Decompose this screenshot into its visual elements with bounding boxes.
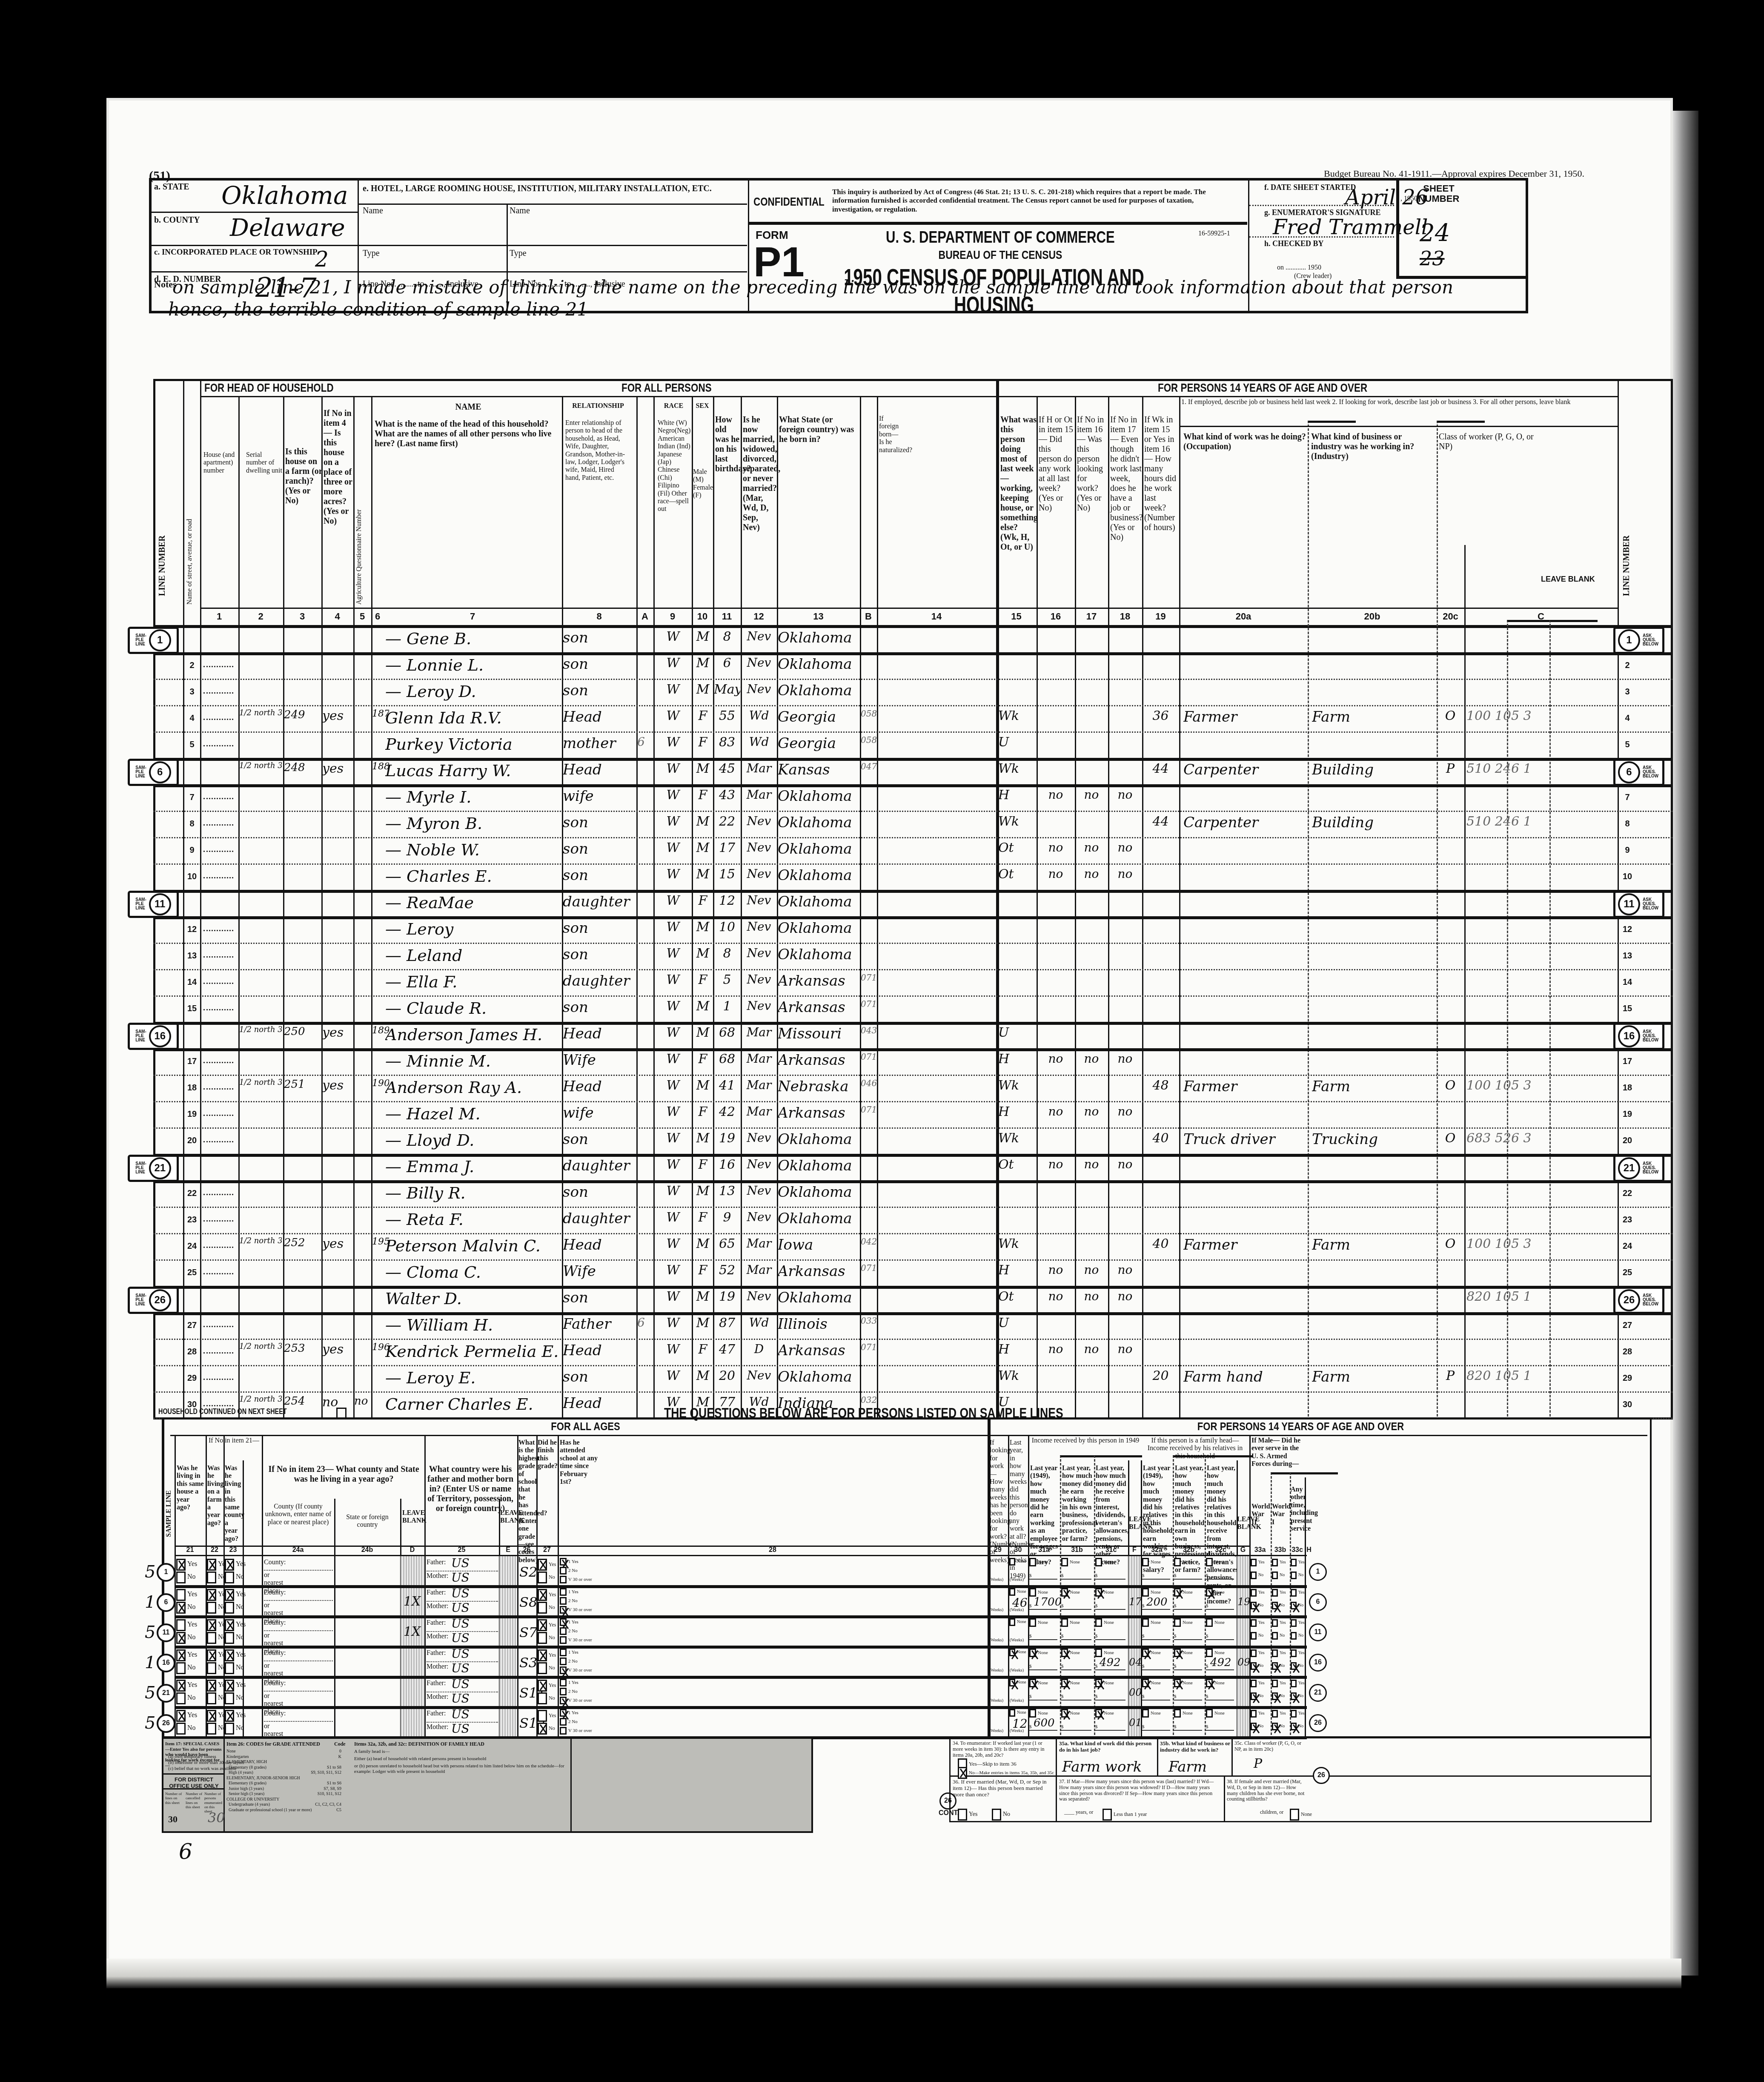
relatives-business-none[interactable]: None [1174,1618,1193,1627]
cell-c4: yes [322,1025,353,1040]
q23-yes[interactable]: Yes [225,1710,246,1722]
ww1-yes-checkbox[interactable] [1272,1619,1278,1627]
q23-yes-checkbox[interactable] [225,1589,234,1601]
school-attended-checkbox[interactable] [560,1697,567,1704]
q22-no[interactable]: No [207,1692,226,1704]
wages-income-none-checkbox[interactable] [1029,1679,1036,1687]
relatives-business-none-checkbox[interactable] [1174,1558,1181,1566]
relatives-business-none-checkbox[interactable] [1174,1679,1181,1687]
relatives-business-none-checkbox[interactable] [1174,1709,1181,1718]
q23-yes[interactable]: Yes [225,1589,246,1601]
relatives-other-none-checkbox[interactable] [1206,1588,1213,1597]
finished-yes[interactable]: Yes [538,1559,556,1571]
q23-no[interactable]: No [225,1662,244,1674]
other-income-none-checkbox[interactable] [1095,1679,1102,1687]
q21-no-checkbox[interactable] [176,1723,186,1735]
q21-yes[interactable]: Yes [176,1680,197,1692]
q21-no[interactable]: No [176,1723,196,1735]
q22-no[interactable]: No [207,1572,226,1583]
relatives-wages-none[interactable]: None [1142,1588,1161,1597]
other-income-none-checkbox[interactable] [1095,1588,1102,1597]
finished-yes-checkbox[interactable] [538,1680,547,1692]
weeks-worked-none-checkbox[interactable] [1009,1679,1015,1686]
q21-no[interactable]: No [176,1602,196,1614]
q21-yes[interactable]: Yes [176,1649,197,1661]
ww2-yes[interactable]: Yes [1251,1680,1265,1687]
ww2-no[interactable]: No [1251,1692,1263,1700]
school-attended-option[interactable]: 1 Yes [560,1588,578,1596]
ww2-yes[interactable]: Yes [1251,1589,1265,1597]
relatives-other-none[interactable]: None [1206,1679,1225,1687]
weeks-worked-none[interactable]: None [1009,1649,1026,1656]
q22-no-checkbox[interactable] [207,1572,216,1583]
ww2-no[interactable]: No [1251,1662,1263,1670]
wages-income-none[interactable]: None [1029,1588,1048,1597]
school-attended-checkbox[interactable] [560,1709,567,1717]
q22-no[interactable]: No [207,1662,226,1674]
ww1-no-checkbox[interactable] [1272,1602,1278,1609]
wages-income-none[interactable]: None [1029,1649,1048,1657]
wages-income-none[interactable]: None [1029,1618,1048,1627]
q23-yes-checkbox[interactable] [225,1559,234,1571]
ww1-no-checkbox[interactable] [1272,1692,1278,1700]
other-no-checkbox[interactable] [1291,1723,1297,1730]
ww2-yes[interactable]: Yes [1251,1710,1265,1718]
q23-yes-checkbox[interactable] [225,1710,234,1722]
ww2-no-checkbox[interactable] [1251,1723,1257,1730]
q34-no-checkbox[interactable] [958,1767,967,1779]
relatives-business-none[interactable]: None [1174,1558,1193,1566]
q21-yes[interactable]: Yes [176,1619,197,1631]
ww2-yes[interactable]: Yes [1251,1649,1265,1657]
q36-no-checkbox[interactable] [992,1809,1001,1821]
q22-yes-checkbox[interactable] [207,1619,216,1631]
school-attended-checkbox[interactable] [560,1636,567,1644]
school-attended-checkbox[interactable] [560,1588,567,1596]
relatives-wages-none-checkbox[interactable] [1142,1709,1149,1718]
ww2-yes-checkbox[interactable] [1251,1559,1257,1566]
other-yes-checkbox[interactable] [1291,1559,1297,1566]
other-yes-checkbox[interactable] [1291,1710,1297,1718]
other-yes[interactable]: Yes [1291,1619,1305,1627]
ww2-no[interactable]: No [1251,1723,1263,1730]
q36-yes-checkbox[interactable] [958,1809,967,1821]
q21-yes[interactable]: Yes [176,1589,197,1601]
school-attended-option[interactable]: 2 No [560,1688,578,1695]
q21-no[interactable]: No [176,1632,196,1644]
weeks-worked-none[interactable]: None [1009,1588,1026,1596]
other-no-checkbox[interactable] [1291,1692,1297,1700]
school-attended-option[interactable]: 1 Yes [560,1649,578,1656]
finished-no[interactable]: No [538,1632,555,1644]
finished-yes-checkbox[interactable] [538,1710,547,1722]
finished-yes[interactable]: Yes [538,1710,556,1722]
q22-yes-checkbox[interactable] [207,1559,216,1571]
business-income-none[interactable]: None [1061,1709,1080,1718]
school-attended-checkbox[interactable] [560,1567,567,1574]
other-yes-checkbox[interactable] [1291,1619,1297,1627]
ww1-no[interactable]: No [1272,1632,1285,1640]
relatives-business-none[interactable]: None [1174,1649,1193,1657]
business-income-none[interactable]: None [1061,1679,1080,1687]
ww1-yes-checkbox[interactable] [1272,1589,1278,1597]
business-income-none[interactable]: None [1061,1649,1080,1657]
school-attended-option[interactable]: 1 Yes [560,1709,578,1717]
relatives-other-none-checkbox[interactable] [1206,1558,1213,1566]
q21-no-checkbox[interactable] [176,1662,186,1674]
finished-no[interactable]: No [538,1662,555,1674]
q22-no[interactable]: No [207,1602,226,1614]
relatives-wages-none-checkbox[interactable] [1142,1618,1149,1627]
other-yes[interactable]: Yes [1291,1559,1305,1566]
business-income-none[interactable]: None [1061,1558,1080,1566]
q22-yes-checkbox[interactable] [207,1710,216,1722]
business-income-none-checkbox[interactable] [1061,1649,1068,1657]
other-yes[interactable]: Yes [1291,1649,1305,1657]
relatives-other-none[interactable]: None [1206,1558,1225,1566]
q21-no[interactable]: No [176,1692,196,1704]
school-attended-option[interactable]: V 30 or over [560,1576,592,1583]
school-attended-option[interactable]: V 30 or over [560,1606,592,1614]
q21-no-checkbox[interactable] [176,1692,186,1704]
school-attended-checkbox[interactable] [560,1649,567,1656]
business-income-none-checkbox[interactable] [1061,1618,1068,1627]
finished-no[interactable]: No [538,1602,555,1614]
wages-income-none[interactable]: None [1029,1709,1048,1718]
ww1-no[interactable]: No [1272,1572,1285,1579]
other-yes-checkbox[interactable] [1291,1649,1297,1657]
ww2-no-checkbox[interactable] [1251,1662,1257,1670]
cell-sex: F [693,1157,713,1172]
relatives-wages-none[interactable]: None [1142,1558,1161,1566]
q21-yes-checkbox[interactable] [176,1649,186,1661]
q21-yes-checkbox[interactable] [176,1680,186,1692]
other-no-checkbox[interactable] [1291,1572,1297,1579]
school-attended-option[interactable]: 1 Yes [560,1618,578,1626]
q23-yes[interactable]: Yes [225,1619,246,1631]
q21-no[interactable]: No [176,1662,196,1674]
q36-no-option[interactable]: No [992,1809,1010,1821]
finished-yes[interactable]: Yes [538,1649,556,1661]
other-yes[interactable]: Yes [1291,1710,1305,1718]
relatives-wages-none[interactable]: None [1142,1649,1161,1657]
other-income-none[interactable]: None [1095,1709,1114,1718]
finished-yes-checkbox[interactable] [538,1649,547,1661]
school-attended-checkbox[interactable] [560,1597,567,1605]
relatives-business-amount-line: $ [1174,1664,1202,1670]
relatives-wages-none-checkbox[interactable] [1142,1649,1149,1657]
ww1-no[interactable]: No [1272,1602,1285,1609]
relatives-business-none[interactable]: None [1174,1588,1193,1597]
school-attended-option[interactable]: 1 Yes [560,1679,578,1686]
q23-yes-checkbox[interactable] [225,1619,234,1631]
q21-yes-checkbox[interactable] [176,1589,186,1601]
other-yes-checkbox[interactable] [1291,1680,1297,1687]
q23-no-checkbox[interactable] [225,1692,234,1704]
q23-yes-checkbox[interactable] [225,1680,234,1692]
other-yes-checkbox[interactable] [1291,1589,1297,1597]
ww2-yes-checkbox[interactable] [1251,1680,1257,1687]
school-attended-option[interactable]: 1 Yes [560,1558,578,1566]
q34-no-option[interactable]: No—Make entries in items 35a, 35b, and 3… [958,1767,1054,1779]
weeks-worked-none-checkbox[interactable] [1009,1709,1015,1717]
q22-no-checkbox[interactable] [207,1602,216,1614]
q22-yes-checkbox[interactable] [207,1589,216,1601]
finished-yes-checkbox[interactable] [538,1589,547,1601]
q22-no-checkbox[interactable] [207,1662,216,1674]
relatives-other-none[interactable]: None [1206,1588,1225,1597]
ww2-no[interactable]: No [1251,1602,1263,1609]
ww2-yes-checkbox[interactable] [1251,1589,1257,1597]
other-no[interactable]: No [1291,1572,1303,1579]
q23-no-checkbox[interactable] [225,1662,234,1674]
ww1-yes-checkbox[interactable] [1272,1710,1278,1718]
relatives-wages-none-checkbox[interactable] [1142,1588,1149,1597]
q22-no-checkbox[interactable] [207,1632,216,1644]
q21-yes-checkbox[interactable] [176,1619,186,1631]
weeks-worked-none-checkbox[interactable] [1009,1558,1015,1566]
ww2-no-checkbox[interactable] [1251,1572,1257,1579]
q23-no[interactable]: No [225,1632,244,1644]
q23-no[interactable]: No [225,1692,244,1704]
q23-no[interactable]: No [225,1723,244,1735]
ww1-yes[interactable]: Yes [1272,1649,1286,1657]
relatives-other-none-checkbox[interactable] [1206,1679,1213,1687]
q37-less-checkbox[interactable] [1102,1809,1112,1821]
relatives-business-none-checkbox[interactable] [1174,1588,1181,1597]
wages-income-none-checkbox[interactable] [1029,1588,1036,1597]
school-attended-checkbox[interactable] [560,1727,567,1735]
other-income-none-checkbox[interactable] [1095,1558,1102,1566]
school-attended-checkbox[interactable] [560,1658,567,1665]
other-no[interactable]: No [1291,1632,1303,1640]
other-no-checkbox[interactable] [1291,1602,1297,1609]
other-yes[interactable]: Yes [1291,1589,1305,1597]
other-income-none-checkbox[interactable] [1095,1709,1102,1718]
other-income-none[interactable]: None [1095,1618,1114,1627]
school-attended-option[interactable]: V 30 or over [560,1727,592,1735]
q22-yes-checkbox[interactable] [207,1649,216,1661]
school-attended-option[interactable]: 2 No [560,1718,578,1726]
q21-yes-checkbox[interactable] [176,1559,186,1571]
q23-no[interactable]: No [225,1602,244,1614]
relatives-business-none-checkbox[interactable] [1174,1618,1181,1627]
relatives-wages-none[interactable]: None [1142,1709,1161,1718]
finished-no[interactable]: No [538,1572,555,1583]
finished-no-checkbox[interactable] [538,1662,547,1674]
q23-yes[interactable]: Yes [225,1649,246,1661]
weeks-worked-none[interactable]: None [1009,1709,1026,1717]
school-attended-option[interactable]: V 30 or over [560,1666,592,1674]
school-attended-checkbox[interactable] [560,1558,567,1566]
q23-no[interactable]: No [225,1572,244,1583]
ww1-no[interactable]: No [1272,1723,1285,1730]
relatives-other-none-checkbox[interactable] [1206,1618,1213,1627]
q38-none-option[interactable]: None [1290,1809,1312,1821]
q23-no-checkbox[interactable] [225,1632,234,1644]
school-attended-option[interactable]: 2 No [560,1567,578,1574]
weeks-worked-none-checkbox[interactable] [1009,1649,1015,1656]
ww1-yes[interactable]: Yes [1272,1680,1286,1687]
relatives-wages-none-checkbox[interactable] [1142,1558,1149,1566]
wages-income-none-checkbox[interactable] [1029,1709,1036,1718]
other-income-none-checkbox[interactable] [1095,1618,1102,1627]
relatives-business-none[interactable]: None [1174,1709,1193,1718]
finished-yes[interactable]: Yes [538,1680,556,1692]
q22-yes-checkbox[interactable] [207,1680,216,1692]
grade-code-row: High (4 years)S9, S10, S11, S12 [226,1770,341,1776]
ww2-yes-checkbox[interactable] [1251,1619,1257,1627]
finished-yes[interactable]: Yes [538,1619,556,1631]
finished-no-checkbox[interactable] [538,1572,547,1583]
ww1-yes[interactable]: Yes [1272,1559,1286,1566]
school-attended-option[interactable]: V 30 or over [560,1636,592,1644]
q36-yes-option[interactable]: Yes [958,1809,977,1821]
cell-rel: son [563,920,636,937]
wages-income-none-checkbox[interactable] [1029,1649,1036,1657]
school-attended-option[interactable]: 2 No [560,1597,578,1605]
relatives-other-none[interactable]: None [1206,1709,1225,1718]
ww1-yes-checkbox[interactable] [1272,1559,1278,1566]
relatives-wages-none-checkbox[interactable] [1142,1679,1149,1687]
other-income-none[interactable]: None [1095,1649,1114,1657]
business-income-none-checkbox[interactable] [1061,1558,1068,1566]
relatives-other-none[interactable]: None [1206,1618,1225,1627]
finished-no[interactable]: No [538,1723,555,1735]
q21-no-checkbox[interactable] [176,1602,186,1614]
school-attended-checkbox[interactable] [560,1618,567,1626]
weeks-worked-none[interactable]: None [1009,1618,1026,1626]
school-attended-checkbox[interactable] [560,1688,567,1695]
q21-yes[interactable]: Yes [176,1710,197,1722]
q22-no-checkbox[interactable] [207,1692,216,1704]
ww1-no[interactable]: No [1272,1662,1285,1670]
school-attended-checkbox[interactable] [560,1679,567,1686]
business-income-none[interactable]: None [1061,1588,1080,1597]
relatives-business-none[interactable]: None [1174,1679,1193,1687]
other-income-none[interactable]: None [1095,1558,1114,1566]
business-income-amount-line: $ [1061,1694,1091,1701]
wages-income-none[interactable]: None [1029,1679,1048,1687]
q23-yes-checkbox[interactable] [225,1649,234,1661]
cell-name: — Minnie M. [385,1052,562,1070]
relatives-wages-none[interactable]: None [1142,1679,1161,1687]
q21-yes[interactable]: Yes [176,1559,197,1571]
finished-no-checkbox[interactable] [538,1723,547,1735]
wages-income-none-checkbox[interactable] [1029,1618,1036,1627]
q23-yes[interactable]: Yes [225,1680,246,1692]
q37-less-option[interactable]: Less than 1 year [1102,1809,1147,1821]
ww2-yes[interactable]: Yes [1251,1559,1265,1566]
ww2-no-checkbox[interactable] [1251,1632,1257,1640]
relatives-other-none-checkbox[interactable] [1206,1709,1213,1718]
other-income-none[interactable]: None [1095,1679,1114,1687]
other-no-checkbox[interactable] [1291,1632,1297,1640]
ww2-no[interactable]: No [1251,1632,1263,1640]
q23-yes[interactable]: Yes [225,1559,246,1571]
ww1-yes[interactable]: Yes [1272,1589,1286,1597]
ww1-no-checkbox[interactable] [1272,1632,1278,1640]
school-attended-checkbox[interactable] [560,1606,567,1614]
finished-no[interactable]: No [538,1692,555,1704]
ww1-no-checkbox[interactable] [1272,1572,1278,1579]
other-yes[interactable]: Yes [1291,1680,1305,1687]
wages-income-none[interactable]: None [1029,1558,1048,1566]
ww1-yes-checkbox[interactable] [1272,1680,1278,1687]
finished-no-checkbox[interactable] [538,1602,547,1614]
ww1-yes-checkbox[interactable] [1272,1649,1278,1657]
weeks-worked-none-checkbox[interactable] [1009,1588,1015,1596]
relatives-business-none-checkbox[interactable] [1174,1649,1181,1657]
ww1-no[interactable]: No [1272,1692,1285,1700]
finished-yes[interactable]: Yes [538,1589,556,1601]
weeks-worked-none-checkbox[interactable] [1009,1618,1015,1626]
ww1-yes[interactable]: Yes [1272,1619,1286,1627]
weeks-worked-none[interactable]: None [1009,1679,1026,1686]
other-no[interactable]: No [1291,1692,1303,1700]
ww2-no[interactable]: No [1251,1572,1263,1579]
ww1-yes[interactable]: Yes [1272,1710,1286,1718]
other-no-checkbox[interactable] [1291,1662,1297,1670]
other-no[interactable]: No [1291,1723,1303,1730]
school-attended-checkbox[interactable] [560,1718,567,1726]
q22-no-checkbox[interactable] [207,1723,216,1735]
other-no[interactable]: No [1291,1662,1303,1670]
other-income-none-checkbox[interactable] [1095,1649,1102,1657]
relatives-wages-none[interactable]: None [1142,1618,1161,1627]
wages-income-none-checkbox[interactable] [1029,1558,1036,1566]
school-attended-option[interactable]: 2 No [560,1627,578,1635]
q21-no-checkbox[interactable] [176,1632,186,1644]
q38-none-checkbox[interactable] [1290,1809,1299,1821]
finished-no-checkbox[interactable] [538,1632,547,1644]
ww2-no-checkbox[interactable] [1251,1602,1257,1609]
finished-no-checkbox[interactable] [538,1692,547,1704]
q21-yes-checkbox[interactable] [176,1710,186,1722]
q23-no-checkbox[interactable] [225,1572,234,1583]
ww1-no-checkbox[interactable] [1272,1662,1278,1670]
ww2-yes-checkbox[interactable] [1251,1649,1257,1657]
school-attended-option[interactable]: V 30 or over [560,1697,592,1704]
other-no[interactable]: No [1291,1602,1303,1609]
ww2-no-checkbox[interactable] [1251,1692,1257,1700]
business-income-none[interactable]: None [1061,1618,1080,1627]
q21-no-checkbox[interactable] [176,1572,186,1583]
business-income-none-checkbox[interactable] [1061,1588,1068,1597]
ww2-yes[interactable]: Yes [1251,1619,1265,1627]
ww1-no-checkbox[interactable] [1272,1723,1278,1730]
q22-no[interactable]: No [207,1632,226,1644]
q21-no[interactable]: No [176,1572,196,1583]
finished-yes-checkbox[interactable] [538,1619,547,1631]
school-attended-checkbox[interactable] [560,1666,567,1674]
business-income-none-checkbox[interactable] [1061,1679,1068,1687]
ww2-yes-checkbox[interactable] [1251,1710,1257,1718]
cell-age: 68 [714,1052,740,1067]
school-attended-option[interactable]: 2 No [560,1658,578,1665]
relatives-other-none[interactable]: None [1206,1649,1225,1657]
business-income-none-checkbox[interactable] [1061,1709,1068,1718]
q22-no[interactable]: No [207,1723,226,1735]
school-attended-checkbox[interactable] [560,1627,567,1635]
finished-yes-checkbox[interactable] [538,1559,547,1571]
q23-no-checkbox[interactable] [225,1602,234,1614]
other-income-none[interactable]: None [1095,1588,1114,1597]
school-attended-checkbox[interactable] [560,1576,567,1583]
weeks-worked-none[interactable]: None [1009,1558,1026,1566]
q23-no-checkbox[interactable] [225,1723,234,1735]
relatives-other-none-checkbox[interactable] [1206,1649,1213,1657]
